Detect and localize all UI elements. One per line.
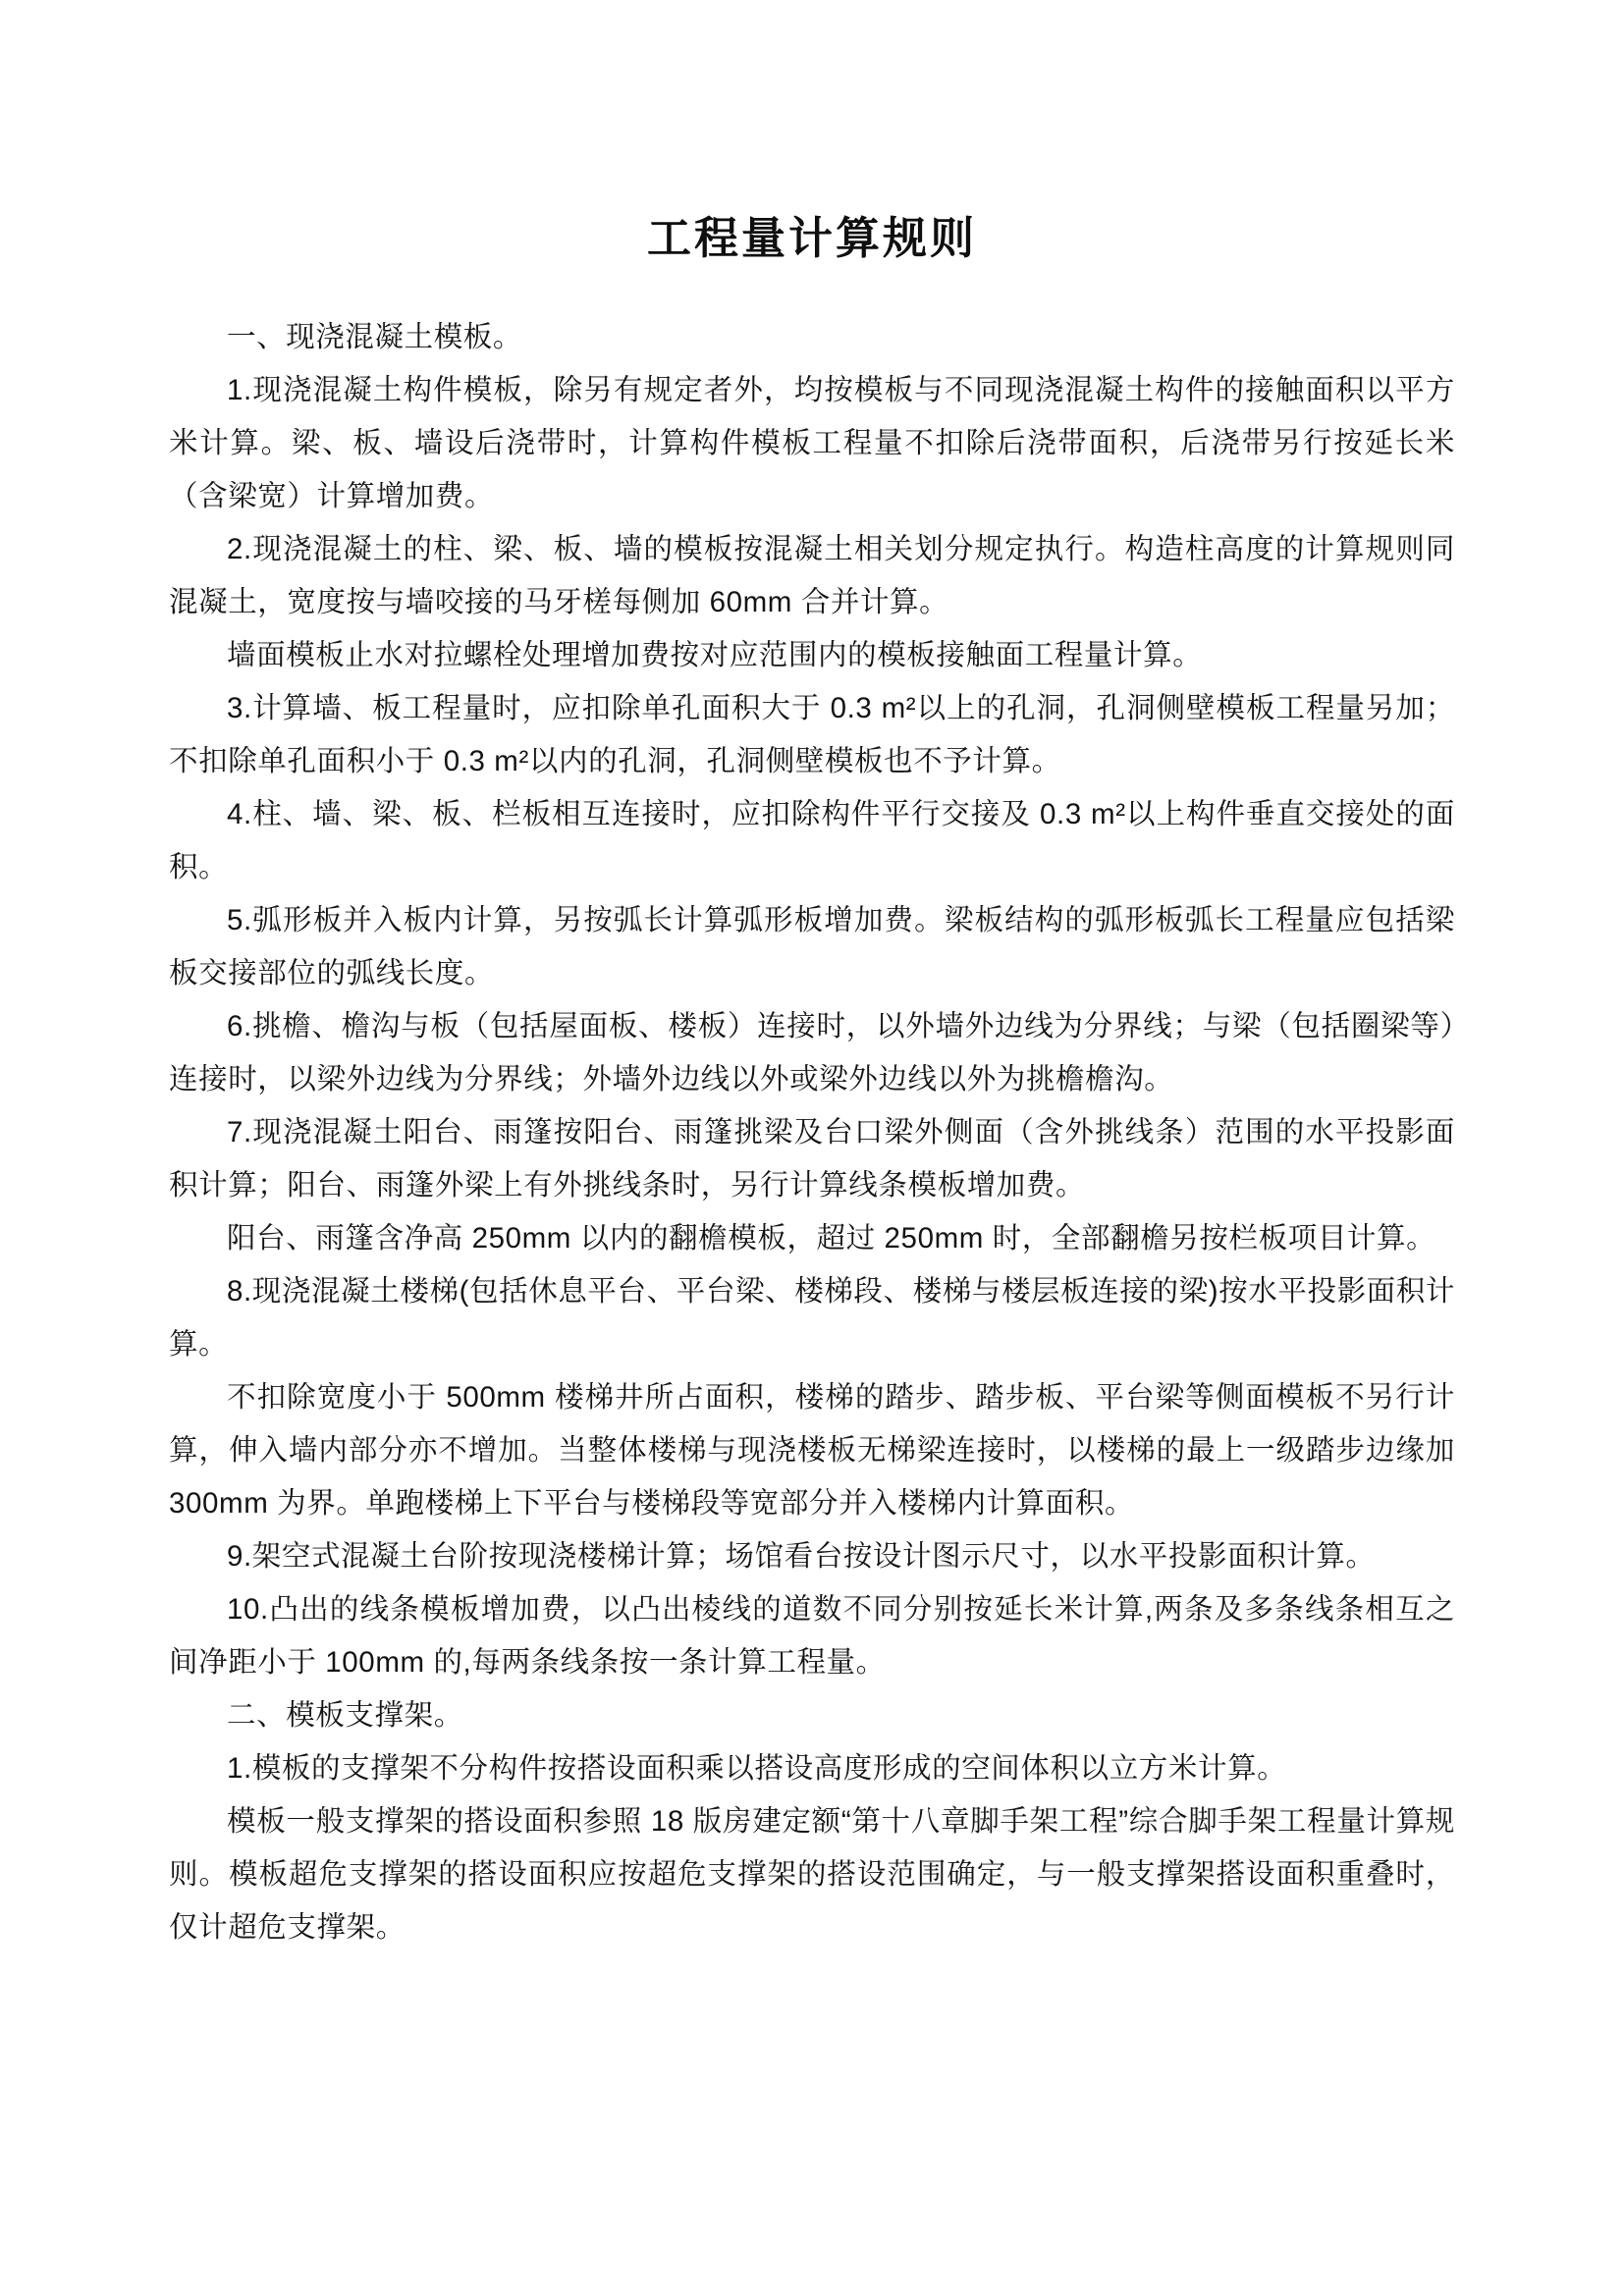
section-1-heading: 一、现浇混凝土模板。: [169, 311, 1455, 364]
rule-1-9: 9.架空式混凝土台阶按现浇楼梯计算；场馆看台按设计图示尺寸，以水平投影面积计算。: [169, 1530, 1455, 1583]
section-2-heading: 二、模板支撑架。: [169, 1689, 1455, 1742]
rule-2-1-note: 模板一般支撑架的搭设面积参照 18 版房建定额“第十八章脚手架工程”综合脚手架工…: [169, 1795, 1455, 1954]
rule-1-10: 10.凸出的线条模板增加费，以凸出棱线的道数不同分别按延长米计算,两条及多条线条…: [169, 1583, 1455, 1689]
page-title: 工程量计算规则: [169, 202, 1455, 266]
rule-1-6: 6.挑檐、檐沟与板（包括屋面板、楼板）连接时，以外墙外边线为分界线；与梁（包括圈…: [169, 1000, 1455, 1106]
rule-1-5: 5.弧形板并入板内计算，另按弧长计算弧形板增加费。梁板结构的弧形板弧长工程量应包…: [169, 894, 1455, 1000]
rule-1-7-note: 阳台、雨篷含净高 250mm 以内的翻檐模板，超过 250mm 时，全部翻檐另按…: [169, 1212, 1455, 1265]
rule-1-8-note: 不扣除宽度小于 500mm 楼梯井所占面积，楼梯的踏步、踏步板、平台梁等侧面模板…: [169, 1371, 1455, 1530]
rule-2-1: 1.模板的支撑架不分构件按搭设面积乘以搭设高度形成的空间体积以立方米计算。: [169, 1742, 1455, 1795]
rule-1-1: 1.现浇混凝土构件模板，除另有规定者外，均按模板与不同现浇混凝土构件的接触面积以…: [169, 364, 1455, 523]
rule-1-4: 4.柱、墙、梁、板、栏板相互连接时，应扣除构件平行交接及 0.3 m²以上构件垂…: [169, 788, 1455, 894]
rule-1-2-note: 墙面模板止水对拉螺栓处理增加费按对应范围内的模板接触面工程量计算。: [169, 629, 1455, 682]
document-page: 工程量计算规则 一、现浇混凝土模板。 1.现浇混凝土构件模板，除另有规定者外，均…: [0, 0, 1624, 2296]
rule-1-7: 7.现浇混凝土阳台、雨篷按阳台、雨篷挑梁及台口梁外侧面（含外挑线条）范围的水平投…: [169, 1106, 1455, 1212]
rule-1-2: 2.现浇混凝土的柱、梁、板、墙的模板按混凝土相关划分规定执行。构造柱高度的计算规…: [169, 523, 1455, 629]
rule-1-8: 8.现浇混凝土楼梯(包括休息平台、平台梁、楼梯段、楼梯与楼层板连接的梁)按水平投…: [169, 1265, 1455, 1371]
document-body: 一、现浇混凝土模板。 1.现浇混凝土构件模板，除另有规定者外，均按模板与不同现浇…: [169, 311, 1455, 1954]
rule-1-3: 3.计算墙、板工程量时，应扣除单孔面积大于 0.3 m²以上的孔洞，孔洞侧壁模板…: [169, 682, 1455, 788]
